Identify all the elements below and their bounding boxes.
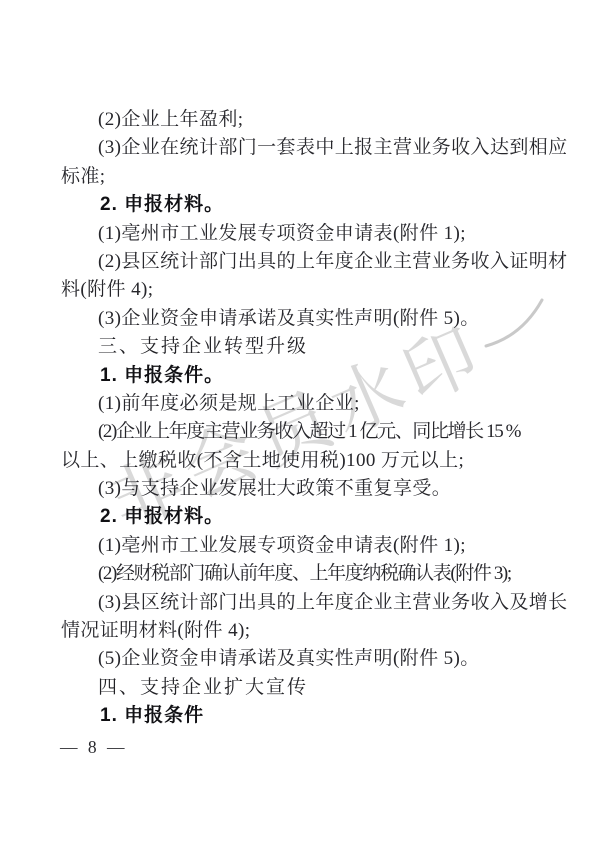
text-line: 1. 申报条件	[61, 702, 539, 730]
page-number: — 8 —	[60, 735, 128, 759]
text-line: 2. 申报材料。	[61, 503, 539, 531]
text-line: (2)县区统计部门出具的上年度企业主营业务收入证明材	[61, 248, 539, 276]
text-line: (1)前年度必须是规上工业企业;	[61, 390, 539, 418]
text-line: (3)企业资金申请承诺及真实性声明(附件 5)。	[61, 305, 539, 333]
text-line: (1)亳州市工业发展专项资金申请表(附件 1);	[61, 220, 539, 248]
text-line: 标准;	[61, 163, 539, 191]
text-line: (2)企业上年度主营业务收入超过 1 亿元、同比增长 15 %	[61, 418, 539, 446]
text-line: 四、支持企业扩大宣传	[61, 674, 539, 702]
text-line: 2. 申报材料。	[61, 191, 539, 219]
text-line: (3)县区统计部门出具的上年度企业主营业务收入及增长	[61, 589, 539, 617]
text-line: 1. 申报条件。	[61, 362, 539, 390]
text-line: 三、支持企业转型升级	[61, 333, 539, 361]
text-line: (3)与支持企业发展壮大政策不重复享受。	[61, 475, 539, 503]
text-line: 情况证明材料(附件 4);	[61, 617, 539, 645]
text-line: 料(附件 4);	[61, 276, 539, 304]
text-line: (5)企业资金申请承诺及真实性声明(附件 5)。	[61, 645, 539, 673]
text-line: (2)企业上年盈利;	[61, 106, 539, 134]
text-line: (3)企业在统计部门一套表中上报主营业务收入达到相应	[61, 134, 539, 162]
document-body: (2)企业上年盈利;(3)企业在统计部门一套表中上报主营业务收入达到相应标准;2…	[61, 106, 539, 731]
text-line: (1)亳州市工业发展专项资金申请表(附件 1);	[61, 532, 539, 560]
text-line: (2)经财税部门确认前年度、上年度纳税确认表(附件 3);	[61, 560, 539, 588]
text-line: 以上、上缴税收(不含土地使用税)100 万元以上;	[61, 447, 539, 475]
